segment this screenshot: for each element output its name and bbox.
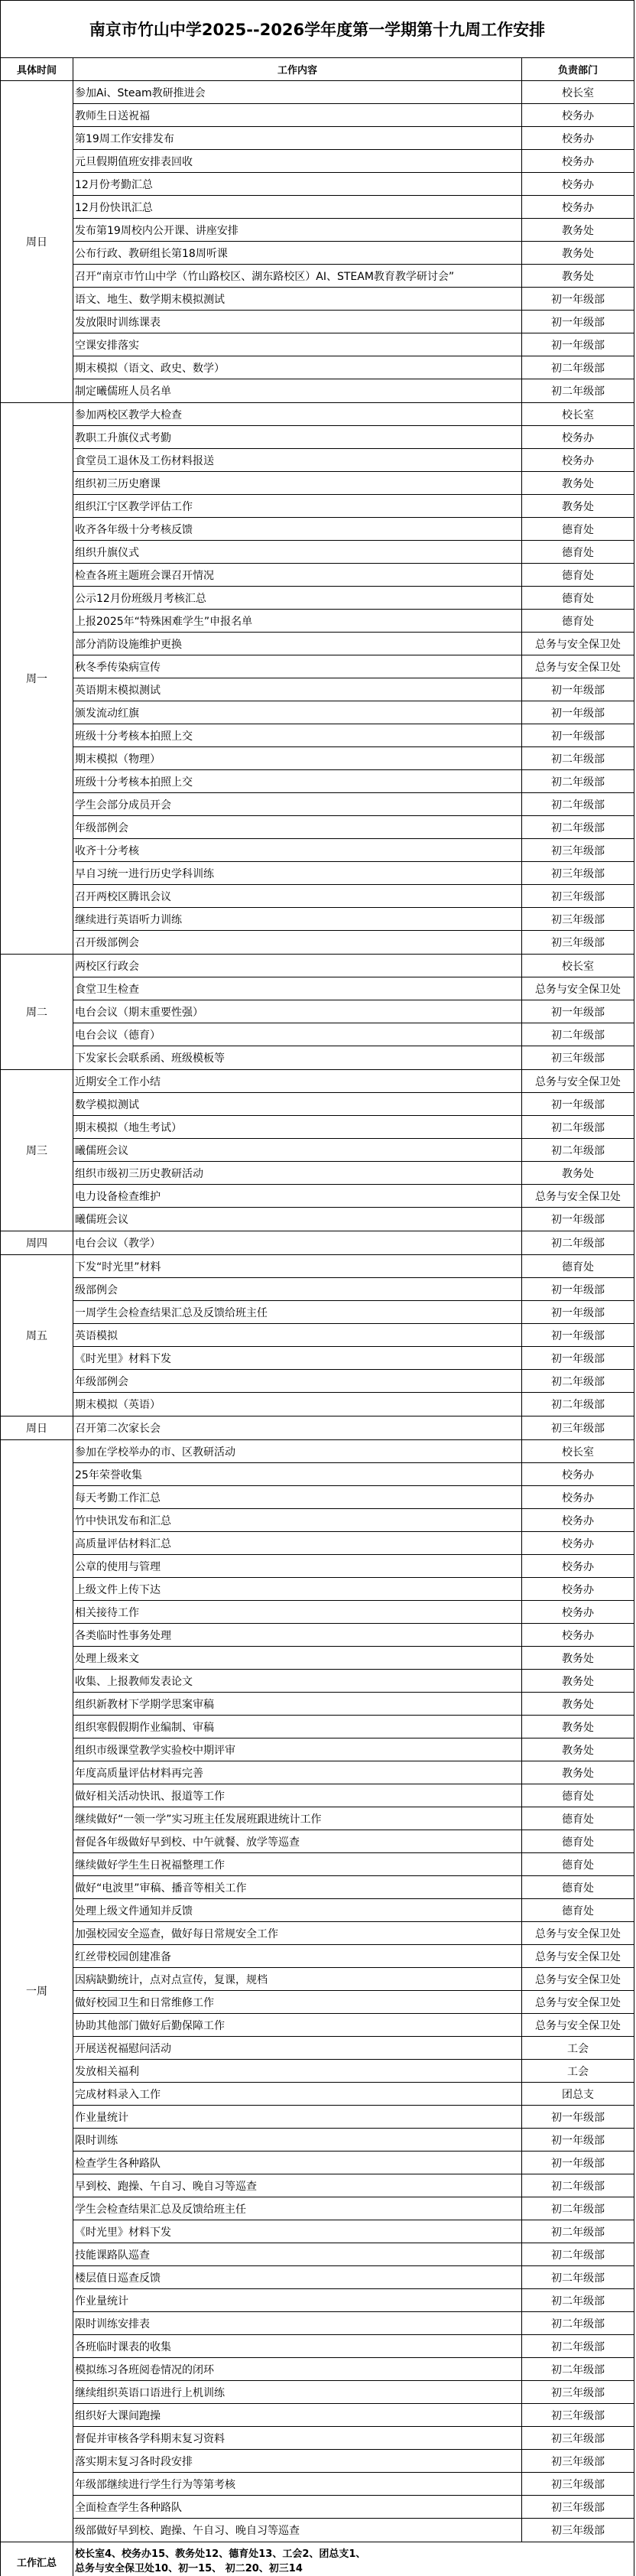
- dept-cell: 教务处: [522, 1693, 634, 1715]
- task-cell: 电台会议（德育）: [73, 1023, 522, 1046]
- task-cell: 每天考勤工作汇总: [73, 1486, 522, 1508]
- table-row: 红丝带校园创建准备总务与安全保卫处: [73, 1945, 634, 1968]
- table-row: 公示12月份班级月考核汇总德育处: [73, 587, 634, 610]
- table-row: 期末模拟（物理）初二年级部: [73, 747, 634, 770]
- table-row: 作业量统计初一年级部: [73, 2106, 634, 2129]
- task-cell: 发放限时训练课表: [73, 311, 522, 333]
- table-row: 完成材料录入工作团总支: [73, 2083, 634, 2106]
- table-row: 各类临时性事务处理校务办: [73, 1624, 634, 1647]
- dept-cell: 校务办: [522, 1532, 634, 1554]
- dept-cell: 教务处: [522, 265, 634, 287]
- day-group: 周五下发“时光里”材料德育处级部例会初一年级部一周学生会检查结果汇总及反馈给班主…: [1, 1255, 634, 1416]
- dept-cell: 初二年级部: [522, 2289, 634, 2311]
- dept-cell: 初二年级部: [522, 2358, 634, 2380]
- task-cell: 级部例会: [73, 1278, 522, 1300]
- dept-cell: 初二年级部: [522, 2220, 634, 2243]
- task-cell: 继续组织英语口语进行上机训练: [73, 2381, 522, 2403]
- task-cell: 上级文件上传下达: [73, 1578, 522, 1600]
- dept-cell: 总务与安全保卫处: [522, 1968, 634, 1990]
- task-cell: 督促并审核各学科期末复习资料: [73, 2427, 522, 2449]
- table-row: 早到校、跑操、午自习、晚自习等巡查初二年级部: [73, 2174, 634, 2197]
- task-cell: 学生会检查结果汇总及反馈给班主任: [73, 2197, 522, 2220]
- table-row: 年级部继续进行学生行为等第考核初三年级部: [73, 2473, 634, 2496]
- table-row: 公布行政、教研组长第18周听课教务处: [73, 242, 634, 265]
- dept-cell: 校务办: [522, 150, 634, 172]
- day-label: 一周: [1, 1440, 73, 2542]
- dept-cell: 德育处: [522, 1784, 634, 1807]
- table-row: 督促并审核各学科期末复习资料初三年级部: [73, 2427, 634, 2450]
- task-cell: 组织江宁区教学评估工作: [73, 495, 522, 517]
- dept-cell: 校务办: [522, 449, 634, 471]
- task-cell: 加强校园安全巡查，做好每日常规安全工作: [73, 1922, 522, 1944]
- task-cell: 做好“电波里”审稿、播音等相关工作: [73, 1876, 522, 1898]
- task-rows: 参加在学校举办的市、区教研活动校长室25年荣誉收集校务办每天考勤工作汇总校务办竹…: [73, 1440, 634, 2542]
- table-row: 第19周工作安排发布校务办: [73, 127, 634, 150]
- task-rows: 近期安全工作小结总务与安全保卫处数学模拟测试初一年级部期末模拟（地生考试）初二年…: [73, 1070, 634, 1231]
- dept-cell: 初二年级部: [522, 1139, 634, 1161]
- task-cell: 作业量统计: [73, 2289, 522, 2311]
- dept-cell: 德育处: [522, 541, 634, 563]
- table-row: 《时光里》材料下发初一年级部: [73, 1347, 634, 1370]
- table-row: 继续进行英语听力训练初三年级部: [73, 908, 634, 931]
- task-cell: 学生会部分成员开会: [73, 793, 522, 815]
- day-label: 周三: [1, 1070, 73, 1231]
- title-row: 南京市竹山中学2025--2026学年度第一学期第十九周工作安排: [1, 1, 634, 58]
- task-cell: 各班临时课表的收集: [73, 2335, 522, 2357]
- table-row: 12月份考勤汇总校务办: [73, 173, 634, 196]
- dept-cell: 校务办: [522, 173, 634, 195]
- dept-cell: 初二年级部: [522, 2197, 634, 2220]
- table-row: 高质量评估材料汇总校务办: [73, 1532, 634, 1555]
- task-cell: 做好相关活动快讯、报道等工作: [73, 1784, 522, 1807]
- table-row: 组织好大课间跑操初三年级部: [73, 2404, 634, 2427]
- dept-cell: 初二年级部: [522, 816, 634, 838]
- dept-cell: 初二年级部: [522, 2335, 634, 2357]
- table-row: 秋冬季传染病宣传总务与安全保卫处: [73, 655, 634, 678]
- table-row: 部分消防设施维护更换总务与安全保卫处: [73, 633, 634, 655]
- task-cell: 竹中快讯发布和汇总: [73, 1509, 522, 1531]
- table-row: 组织初三历史磨课教务处: [73, 472, 634, 495]
- table-row: 参加两校区教学大检查校长室: [73, 403, 634, 426]
- table-row: 两校区行政会校长室: [73, 955, 634, 977]
- dept-cell: 总务与安全保卫处: [522, 633, 634, 655]
- dept-cell: 德育处: [522, 1876, 634, 1898]
- dept-cell: 初一年级部: [522, 1347, 634, 1369]
- task-cell: 英语期末模拟测试: [73, 678, 522, 701]
- task-cell: 组织升旗仪式: [73, 541, 522, 563]
- schedule-body: 周日参加Ai、Steam教研推进会校长室教师生日送祝福校务办第19周工作安排发布…: [1, 81, 634, 2542]
- task-cell: 全面检查学生各种路队: [73, 2496, 522, 2518]
- dept-cell: 初一年级部: [522, 1278, 634, 1300]
- table-row: 每天考勤工作汇总校务办: [73, 1486, 634, 1509]
- table-row: 继续组织英语口语进行上机训练初三年级部: [73, 2381, 634, 2404]
- task-cell: 检查学生各种路队: [73, 2152, 522, 2174]
- table-row: 收齐各年级十分考核反馈德育处: [73, 518, 634, 541]
- dept-cell: 初二年级部: [522, 747, 634, 769]
- task-cell: 班级十分考核本拍照上交: [73, 770, 522, 792]
- table-row: 近期安全工作小结总务与安全保卫处: [73, 1070, 634, 1093]
- table-row: 检查各班主题班会课召开情况德育处: [73, 564, 634, 587]
- table-row: 收集、上报教师发表论文教务处: [73, 1670, 634, 1693]
- task-cell: 秋冬季传染病宣传: [73, 655, 522, 678]
- table-header: 具体时间 工作内容 负责部门: [1, 58, 634, 81]
- dept-cell: 德育处: [522, 1899, 634, 1921]
- task-cell: 收齐各年级十分考核反馈: [73, 518, 522, 540]
- task-cell: 收集、上报教师发表论文: [73, 1670, 522, 1692]
- task-cell: 电台会议（期末重要性强）: [73, 1000, 522, 1023]
- task-cell: 组织初三历史磨课: [73, 472, 522, 494]
- task-rows: 参加Ai、Steam教研推进会校长室教师生日送祝福校务办第19周工作安排发布校务…: [73, 81, 634, 402]
- day-group: 周日参加Ai、Steam教研推进会校长室教师生日送祝福校务办第19周工作安排发布…: [1, 81, 634, 403]
- task-cell: 开展送祝福慰问活动: [73, 2037, 522, 2059]
- dept-cell: 工会: [522, 2060, 634, 2082]
- table-row: 竹中快讯发布和汇总校务办: [73, 1509, 634, 1532]
- dept-cell: 初二年级部: [522, 1370, 634, 1392]
- dept-cell: 初三年级部: [522, 1046, 634, 1069]
- dept-cell: 校务办: [522, 104, 634, 126]
- task-cell: 两校区行政会: [73, 955, 522, 977]
- table-row: 班级十分考核本拍照上交初二年级部: [73, 770, 634, 793]
- task-cell: 空课安排落实: [73, 333, 522, 356]
- table-row: 做好相关活动快讯、报道等工作德育处: [73, 1784, 634, 1807]
- day-group: 周二两校区行政会校长室食堂卫生检查总务与安全保卫处电台会议（期末重要性强）初一年…: [1, 955, 634, 1070]
- dept-cell: 初一年级部: [522, 2129, 634, 2151]
- task-cell: 12月份快讯汇总: [73, 196, 522, 218]
- dept-cell: 教务处: [522, 1647, 634, 1669]
- dept-cell: 初三年级部: [522, 931, 634, 954]
- dept-cell: 初三年级部: [522, 2473, 634, 2495]
- summary-line-1: 校长室4、校务办15、教务处12、德育处13、工会2、团总支1、: [75, 2547, 632, 2561]
- table-row: 公章的使用与管理校务办: [73, 1555, 634, 1578]
- summary-row: 工作汇总 校长室4、校务办15、教务处12、德育处13、工会2、团总支1、 总务…: [1, 2542, 634, 2576]
- table-row: 上报2025年“特殊困难学生”申报名单德育处: [73, 610, 634, 633]
- task-cell: 电力设备检查维护: [73, 1185, 522, 1207]
- task-cell: 下发“时光里”材料: [73, 1255, 522, 1277]
- dept-cell: 总务与安全保卫处: [522, 655, 634, 678]
- table-row: 限时训练安排表初二年级部: [73, 2312, 634, 2335]
- dept-cell: 总务与安全保卫处: [522, 1991, 634, 2013]
- task-rows: 两校区行政会校长室食堂卫生检查总务与安全保卫处电台会议（期末重要性强）初一年级部…: [73, 955, 634, 1069]
- day-group: 一周参加在学校举办的市、区教研活动校长室25年荣誉收集校务办每天考勤工作汇总校务…: [1, 1440, 634, 2542]
- task-cell: 上报2025年“特殊困难学生”申报名单: [73, 610, 522, 632]
- task-cell: 组织好大课间跑操: [73, 2404, 522, 2426]
- table-row: 年度高质量评估材料再完善教务处: [73, 1761, 634, 1784]
- dept-cell: 教务处: [522, 1761, 634, 1784]
- table-row: 发布第19周校内公开课、讲座安排教务处: [73, 219, 634, 242]
- task-cell: 参加在学校举办的市、区教研活动: [73, 1440, 522, 1462]
- task-cell: 组织市级课堂教学实验校中期评审: [73, 1738, 522, 1761]
- task-cell: 《时光里》材料下发: [73, 1347, 522, 1369]
- table-row: 上级文件上传下达校务办: [73, 1578, 634, 1601]
- day-group: 周三近期安全工作小结总务与安全保卫处数学模拟测试初一年级部期末模拟（地生考试）初…: [1, 1070, 634, 1231]
- table-row: 召开“南京市竹山中学（竹山路校区、湖东路校区）AI、STEAM教育教学研讨会”教…: [73, 265, 634, 288]
- dept-cell: 总务与安全保卫处: [522, 1922, 634, 1944]
- task-cell: 食堂卫生检查: [73, 977, 522, 1000]
- dept-cell: 总务与安全保卫处: [522, 1945, 634, 1967]
- task-cell: 组织新教材下学期学思案审稿: [73, 1693, 522, 1715]
- dept-cell: 初一年级部: [522, 701, 634, 724]
- dept-cell: 初一年级部: [522, 1093, 634, 1115]
- dept-cell: 德育处: [522, 610, 634, 632]
- table-row: 下发家长会联系函、班级模板等初三年级部: [73, 1046, 634, 1069]
- dept-cell: 初二年级部: [522, 1231, 634, 1254]
- table-row: 组织市级课堂教学实验校中期评审教务处: [73, 1738, 634, 1761]
- task-cell: 级部做好早到校、跑操、午自习、晚自习等巡查: [73, 2519, 522, 2542]
- dept-cell: 初二年级部: [522, 2174, 634, 2197]
- table-row: 12月份快讯汇总校务办: [73, 196, 634, 219]
- task-cell: 公示12月份班级月考核汇总: [73, 587, 522, 609]
- table-row: 期末模拟（语文、政史、数学）初二年级部: [73, 356, 634, 379]
- table-row: 教职工升旗仪式考勤校务办: [73, 426, 634, 449]
- table-row: 曦儒班会议初二年级部: [73, 1139, 634, 1162]
- table-row: 食堂员工退休及工伤材料报送校务办: [73, 449, 634, 472]
- table-row: 楼层值日巡查反馈初二年级部: [73, 2266, 634, 2289]
- dept-cell: 校务办: [522, 196, 634, 218]
- dept-cell: 初一年级部: [522, 2152, 634, 2174]
- table-row: 颁发流动红旗初一年级部: [73, 701, 634, 724]
- dept-cell: 初一年级部: [522, 288, 634, 310]
- dept-cell: 德育处: [522, 1830, 634, 1852]
- table-row: 技能课路队巡查初二年级部: [73, 2243, 634, 2266]
- table-row: 召开第二次家长会初三年级部: [73, 1416, 634, 1439]
- day-group: 周一参加两校区教学大检查校长室教职工升旗仪式考勤校务办食堂员工退休及工伤材料报送…: [1, 403, 634, 955]
- task-cell: 12月份考勤汇总: [73, 173, 522, 195]
- summary-text: 校长室4、校务办15、教务处12、德育处13、工会2、团总支1、 总务与安全保卫…: [73, 2542, 634, 2576]
- table-row: 组织升旗仪式德育处: [73, 541, 634, 564]
- table-row: 收齐十分考核初三年级部: [73, 839, 634, 862]
- task-cell: 限时训练: [73, 2129, 522, 2151]
- dept-cell: 初二年级部: [522, 793, 634, 815]
- dept-cell: 初三年级部: [522, 862, 634, 884]
- task-cell: 近期安全工作小结: [73, 1070, 522, 1092]
- task-cell: 限时训练安排表: [73, 2312, 522, 2334]
- dept-cell: 初二年级部: [522, 770, 634, 792]
- dept-cell: 初三年级部: [522, 839, 634, 861]
- task-cell: 期末模拟（地生考试）: [73, 1116, 522, 1138]
- task-cell: 组织市级初三历史教研活动: [73, 1162, 522, 1184]
- table-row: 级部做好早到校、跑操、午自习、晚自习等巡查初三年级部: [73, 2519, 634, 2542]
- task-cell: 第19周工作安排发布: [73, 127, 522, 149]
- dept-cell: 初二年级部: [522, 1393, 634, 1416]
- dept-cell: 校务办: [522, 1463, 634, 1485]
- task-rows: 召开第二次家长会初三年级部: [73, 1416, 634, 1439]
- dept-cell: 校务办: [522, 127, 634, 149]
- dept-cell: 校务办: [522, 1555, 634, 1577]
- table-row: 落实期末复习各时段安排初三年级部: [73, 2450, 634, 2473]
- task-cell: 督促各年级做好早到校、中午就餐、放学等巡查: [73, 1830, 522, 1852]
- dept-cell: 教务处: [522, 495, 634, 517]
- dept-cell: 初一年级部: [522, 333, 634, 356]
- table-row: 电台会议（期末重要性强）初一年级部: [73, 1000, 634, 1023]
- dept-cell: 校务办: [522, 1509, 634, 1531]
- task-cell: 继续做好“一领一学”实习班主任发展班跟进统计工作: [73, 1807, 522, 1830]
- task-cell: 教职工升旗仪式考勤: [73, 426, 522, 448]
- dept-cell: 初一年级部: [522, 1000, 634, 1023]
- table-row: 年级部例会初二年级部: [73, 816, 634, 839]
- table-row: 一周学生会检查结果汇总及反馈给班主任初一年级部: [73, 1301, 634, 1324]
- dept-cell: 初三年级部: [522, 2450, 634, 2472]
- table-row: 学生会部分成员开会初二年级部: [73, 793, 634, 816]
- dept-cell: 教务处: [522, 219, 634, 241]
- task-cell: 《时光里》材料下发: [73, 2220, 522, 2243]
- table-row: 继续做好学生生日祝福整理工作德育处: [73, 1853, 634, 1876]
- dept-cell: 德育处: [522, 518, 634, 540]
- task-cell: 期末模拟（语文、政史、数学）: [73, 356, 522, 379]
- table-row: 作业量统计初二年级部: [73, 2289, 634, 2312]
- dept-cell: 校务办: [522, 1601, 634, 1623]
- dept-cell: 校务办: [522, 1578, 634, 1600]
- dept-cell: 德育处: [522, 1807, 634, 1830]
- table-row: 英语模拟初一年级部: [73, 1324, 634, 1347]
- table-row: 限时训练初一年级部: [73, 2129, 634, 2152]
- task-cell: 年级部例会: [73, 1370, 522, 1392]
- table-row: 级部例会初一年级部: [73, 1278, 634, 1301]
- task-cell: 年级部继续进行学生行为等第考核: [73, 2473, 522, 2495]
- day-label: 周日: [1, 81, 73, 402]
- task-cell: 收齐十分考核: [73, 839, 522, 861]
- table-row: 发放相关福利工会: [73, 2060, 634, 2083]
- table-row: 电台会议（教学）初二年级部: [73, 1231, 634, 1254]
- table-row: 处理上级文件通知并反馈德育处: [73, 1899, 634, 1922]
- day-label: 周一: [1, 403, 73, 954]
- dept-cell: 校长室: [522, 1440, 634, 1462]
- table-row: 语文、地生、数学期末模拟测试初一年级部: [73, 288, 634, 311]
- task-cell: 参加两校区教学大检查: [73, 403, 522, 425]
- task-cell: 制定曦儒班人员名单: [73, 379, 522, 402]
- dept-cell: 初三年级部: [522, 885, 634, 907]
- dept-cell: 德育处: [522, 1255, 634, 1277]
- task-rows: 参加两校区教学大检查校长室教职工升旗仪式考勤校务办食堂员工退休及工伤材料报送校务…: [73, 403, 634, 954]
- dept-cell: 总务与安全保卫处: [522, 1185, 634, 1207]
- task-rows: 电台会议（教学）初二年级部: [73, 1231, 634, 1254]
- summary-line-2: 总务与安全保卫处10、初一15、 初二20、初三14: [75, 2561, 632, 2576]
- summary-label: 工作汇总: [1, 2542, 73, 2576]
- table-row: 督促各年级做好早到校、中午就餐、放学等巡查德育处: [73, 1830, 634, 1853]
- dept-cell: 初二年级部: [522, 1116, 634, 1138]
- task-cell: 公布行政、教研组长第18周听课: [73, 242, 522, 264]
- dept-cell: 校务办: [522, 1486, 634, 1508]
- table-row: 空课安排落实初一年级部: [73, 333, 634, 356]
- dept-cell: 初三年级部: [522, 2404, 634, 2426]
- table-row: 下发“时光里”材料德育处: [73, 1255, 634, 1278]
- task-cell: 召开级部例会: [73, 931, 522, 954]
- table-row: 因病缺勤统计，点对点宣传，复课，规档总务与安全保卫处: [73, 1968, 634, 1991]
- table-row: 组织市级初三历史教研活动教务处: [73, 1162, 634, 1185]
- dept-cell: 初一年级部: [522, 1208, 634, 1231]
- task-cell: 各类临时性事务处理: [73, 1624, 522, 1646]
- table-row: 处理上级来文教务处: [73, 1647, 634, 1670]
- dept-cell: 初三年级部: [522, 2519, 634, 2542]
- table-row: 英语期末模拟测试初一年级部: [73, 678, 634, 701]
- table-row: 制定曦儒班人员名单初二年级部: [73, 379, 634, 402]
- table-row: 早自习统一进行历史学科训练初三年级部: [73, 862, 634, 885]
- dept-cell: 初一年级部: [522, 2106, 634, 2128]
- table-row: 各班临时课表的收集初二年级部: [73, 2335, 634, 2358]
- task-cell: 曦儒班会议: [73, 1208, 522, 1231]
- task-cell: 一周学生会检查结果汇总及反馈给班主任: [73, 1301, 522, 1323]
- dept-cell: 初一年级部: [522, 1301, 634, 1323]
- task-cell: 年度高质量评估材料再完善: [73, 1761, 522, 1784]
- task-cell: 25年荣誉收集: [73, 1463, 522, 1485]
- task-cell: 检查各班主题班会课召开情况: [73, 564, 522, 586]
- task-cell: 早自习统一进行历史学科训练: [73, 862, 522, 884]
- task-cell: 英语模拟: [73, 1324, 522, 1346]
- dept-cell: 初二年级部: [522, 356, 634, 379]
- task-cell: 处理上级来文: [73, 1647, 522, 1669]
- table-row: 召开两校区腾讯会议初三年级部: [73, 885, 634, 908]
- dept-cell: 校长室: [522, 955, 634, 977]
- dept-cell: 总务与安全保卫处: [522, 1070, 634, 1092]
- dept-cell: 初二年级部: [522, 379, 634, 402]
- task-cell: 组织寒假假期作业编制、审稿: [73, 1716, 522, 1738]
- task-cell: 召开第二次家长会: [73, 1416, 522, 1439]
- task-cell: 公章的使用与管理: [73, 1555, 522, 1577]
- table-row: 发放限时训练课表初一年级部: [73, 311, 634, 333]
- task-cell: 颁发流动红旗: [73, 701, 522, 724]
- day-label: 周五: [1, 1255, 73, 1416]
- table-row: 召开级部例会初三年级部: [73, 931, 634, 954]
- table-row: 期末模拟（地生考试）初二年级部: [73, 1116, 634, 1139]
- task-cell: 做好校园卫生和日常维修工作: [73, 1991, 522, 2013]
- task-cell: 高质量评估材料汇总: [73, 1532, 522, 1554]
- day-group: 周日召开第二次家长会初三年级部: [1, 1416, 634, 1440]
- task-cell: 作业量统计: [73, 2106, 522, 2128]
- dept-cell: 初一年级部: [522, 678, 634, 701]
- task-cell: 处理上级文件通知并反馈: [73, 1899, 522, 1921]
- dept-cell: 教务处: [522, 1670, 634, 1692]
- task-cell: 数学模拟测试: [73, 1093, 522, 1115]
- table-row: 开展送祝福慰问活动工会: [73, 2037, 634, 2060]
- table-row: 全面检查学生各种路队初三年级部: [73, 2496, 634, 2519]
- table-row: 组织江宁区教学评估工作教务处: [73, 495, 634, 518]
- dept-cell: 初二年级部: [522, 2312, 634, 2334]
- table-row: 做好校园卫生和日常维修工作总务与安全保卫处: [73, 1991, 634, 2014]
- dept-cell: 教务处: [522, 1716, 634, 1738]
- page-title: 南京市竹山中学2025--2026学年度第一学期第十九周工作安排: [89, 18, 545, 41]
- schedule-sheet: 南京市竹山中学2025--2026学年度第一学期第十九周工作安排 具体时间 工作…: [0, 0, 634, 2576]
- task-cell: 因病缺勤统计，点对点宣传，复课，规档: [73, 1968, 522, 1990]
- task-cell: 年级部例会: [73, 816, 522, 838]
- dept-cell: 工会: [522, 2037, 634, 2059]
- task-cell: 发放相关福利: [73, 2060, 522, 2082]
- task-cell: 继续做好学生生日祝福整理工作: [73, 1853, 522, 1875]
- task-cell: 元旦假期值班安排表回收: [73, 150, 522, 172]
- task-cell: 红丝带校园创建准备: [73, 1945, 522, 1967]
- task-cell: 参加Ai、Steam教研推进会: [73, 81, 522, 103]
- table-row: 组织新教材下学期学思案审稿教务处: [73, 1693, 634, 1716]
- task-cell: 相关接待工作: [73, 1601, 522, 1623]
- dept-cell: 德育处: [522, 587, 634, 609]
- dept-cell: 德育处: [522, 564, 634, 586]
- task-cell: 技能课路队巡查: [73, 2243, 522, 2265]
- table-row: 组织寒假假期作业编制、审稿教务处: [73, 1716, 634, 1738]
- dept-cell: 初二年级部: [522, 1023, 634, 1046]
- table-row: 数学模拟测试初一年级部: [73, 1093, 634, 1116]
- dept-cell: 教务处: [522, 472, 634, 494]
- task-cell: 早到校、跑操、午自习、晚自习等巡查: [73, 2174, 522, 2197]
- table-row: 学生会检查结果汇总及反馈给班主任初二年级部: [73, 2197, 634, 2220]
- dept-cell: 初一年级部: [522, 311, 634, 333]
- table-row: 继续做好“一领一学”实习班主任发展班跟进统计工作德育处: [73, 1807, 634, 1830]
- header-time: 具体时间: [1, 58, 73, 80]
- table-row: 曦儒班会议初一年级部: [73, 1208, 634, 1231]
- task-cell: 期末模拟（英语）: [73, 1393, 522, 1416]
- table-row: 班级十分考核本拍照上交初一年级部: [73, 724, 634, 747]
- task-cell: 召开两校区腾讯会议: [73, 885, 522, 907]
- table-row: 电力设备检查维护总务与安全保卫处: [73, 1185, 634, 1208]
- dept-cell: 初二年级部: [522, 2266, 634, 2288]
- dept-cell: 教务处: [522, 242, 634, 264]
